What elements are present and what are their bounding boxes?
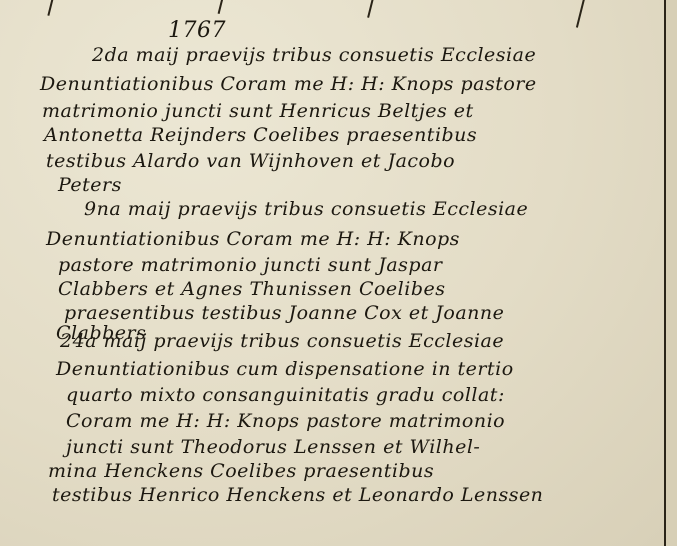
entry-line: Antonetta Reijnders Coelibes praesentibu… (44, 124, 477, 146)
entry-line: Peters (58, 174, 122, 196)
manuscript-page: 1767 2da maij praevijs tribus consuetis … (0, 0, 664, 546)
cropped-previous-line (40, 0, 600, 24)
entry-line: quarto mixto consanguinitatis gradu coll… (66, 384, 505, 406)
entry-line: matrimonio juncti sunt Henricus Beltjes … (42, 100, 474, 122)
entry-line: Denuntiationibus Coram me H: H: Knops (46, 228, 460, 250)
entry-line: testibus Henrico Henckens et Leonardo Le… (52, 484, 543, 506)
entry-line: pastore matrimonio juncti sunt Jaspar (58, 254, 443, 276)
entry-line: praesentibus testibus Joanne Cox et Joan… (64, 302, 504, 324)
entry-line: mina Henckens Coelibes praesentibus (48, 460, 434, 482)
entry-line: testibus Alardo van Wijnhoven et Jacobo (46, 150, 455, 172)
entry-line: Clabbers et Agnes Thunissen Coelibes (58, 278, 445, 300)
entry-line: 9na maij praevijs tribus consuetis Eccle… (84, 198, 528, 220)
adjacent-page-edge (666, 0, 677, 546)
entry-line: Denuntiationibus cum dispensatione in te… (56, 358, 514, 380)
register-year: 1767 (168, 18, 226, 43)
entry-line: 24a maij praevijs tribus consuetis Eccle… (60, 330, 504, 352)
entry-line: 2da maij praevijs tribus consuetis Eccle… (92, 44, 536, 66)
entry-line: Denuntiationibus Coram me H: H: Knops pa… (40, 73, 537, 95)
entry-line: Coram me H: H: Knops pastore matrimonio (66, 410, 505, 432)
entry-line: juncti sunt Theodorus Lenssen et Wilhel- (66, 436, 480, 458)
